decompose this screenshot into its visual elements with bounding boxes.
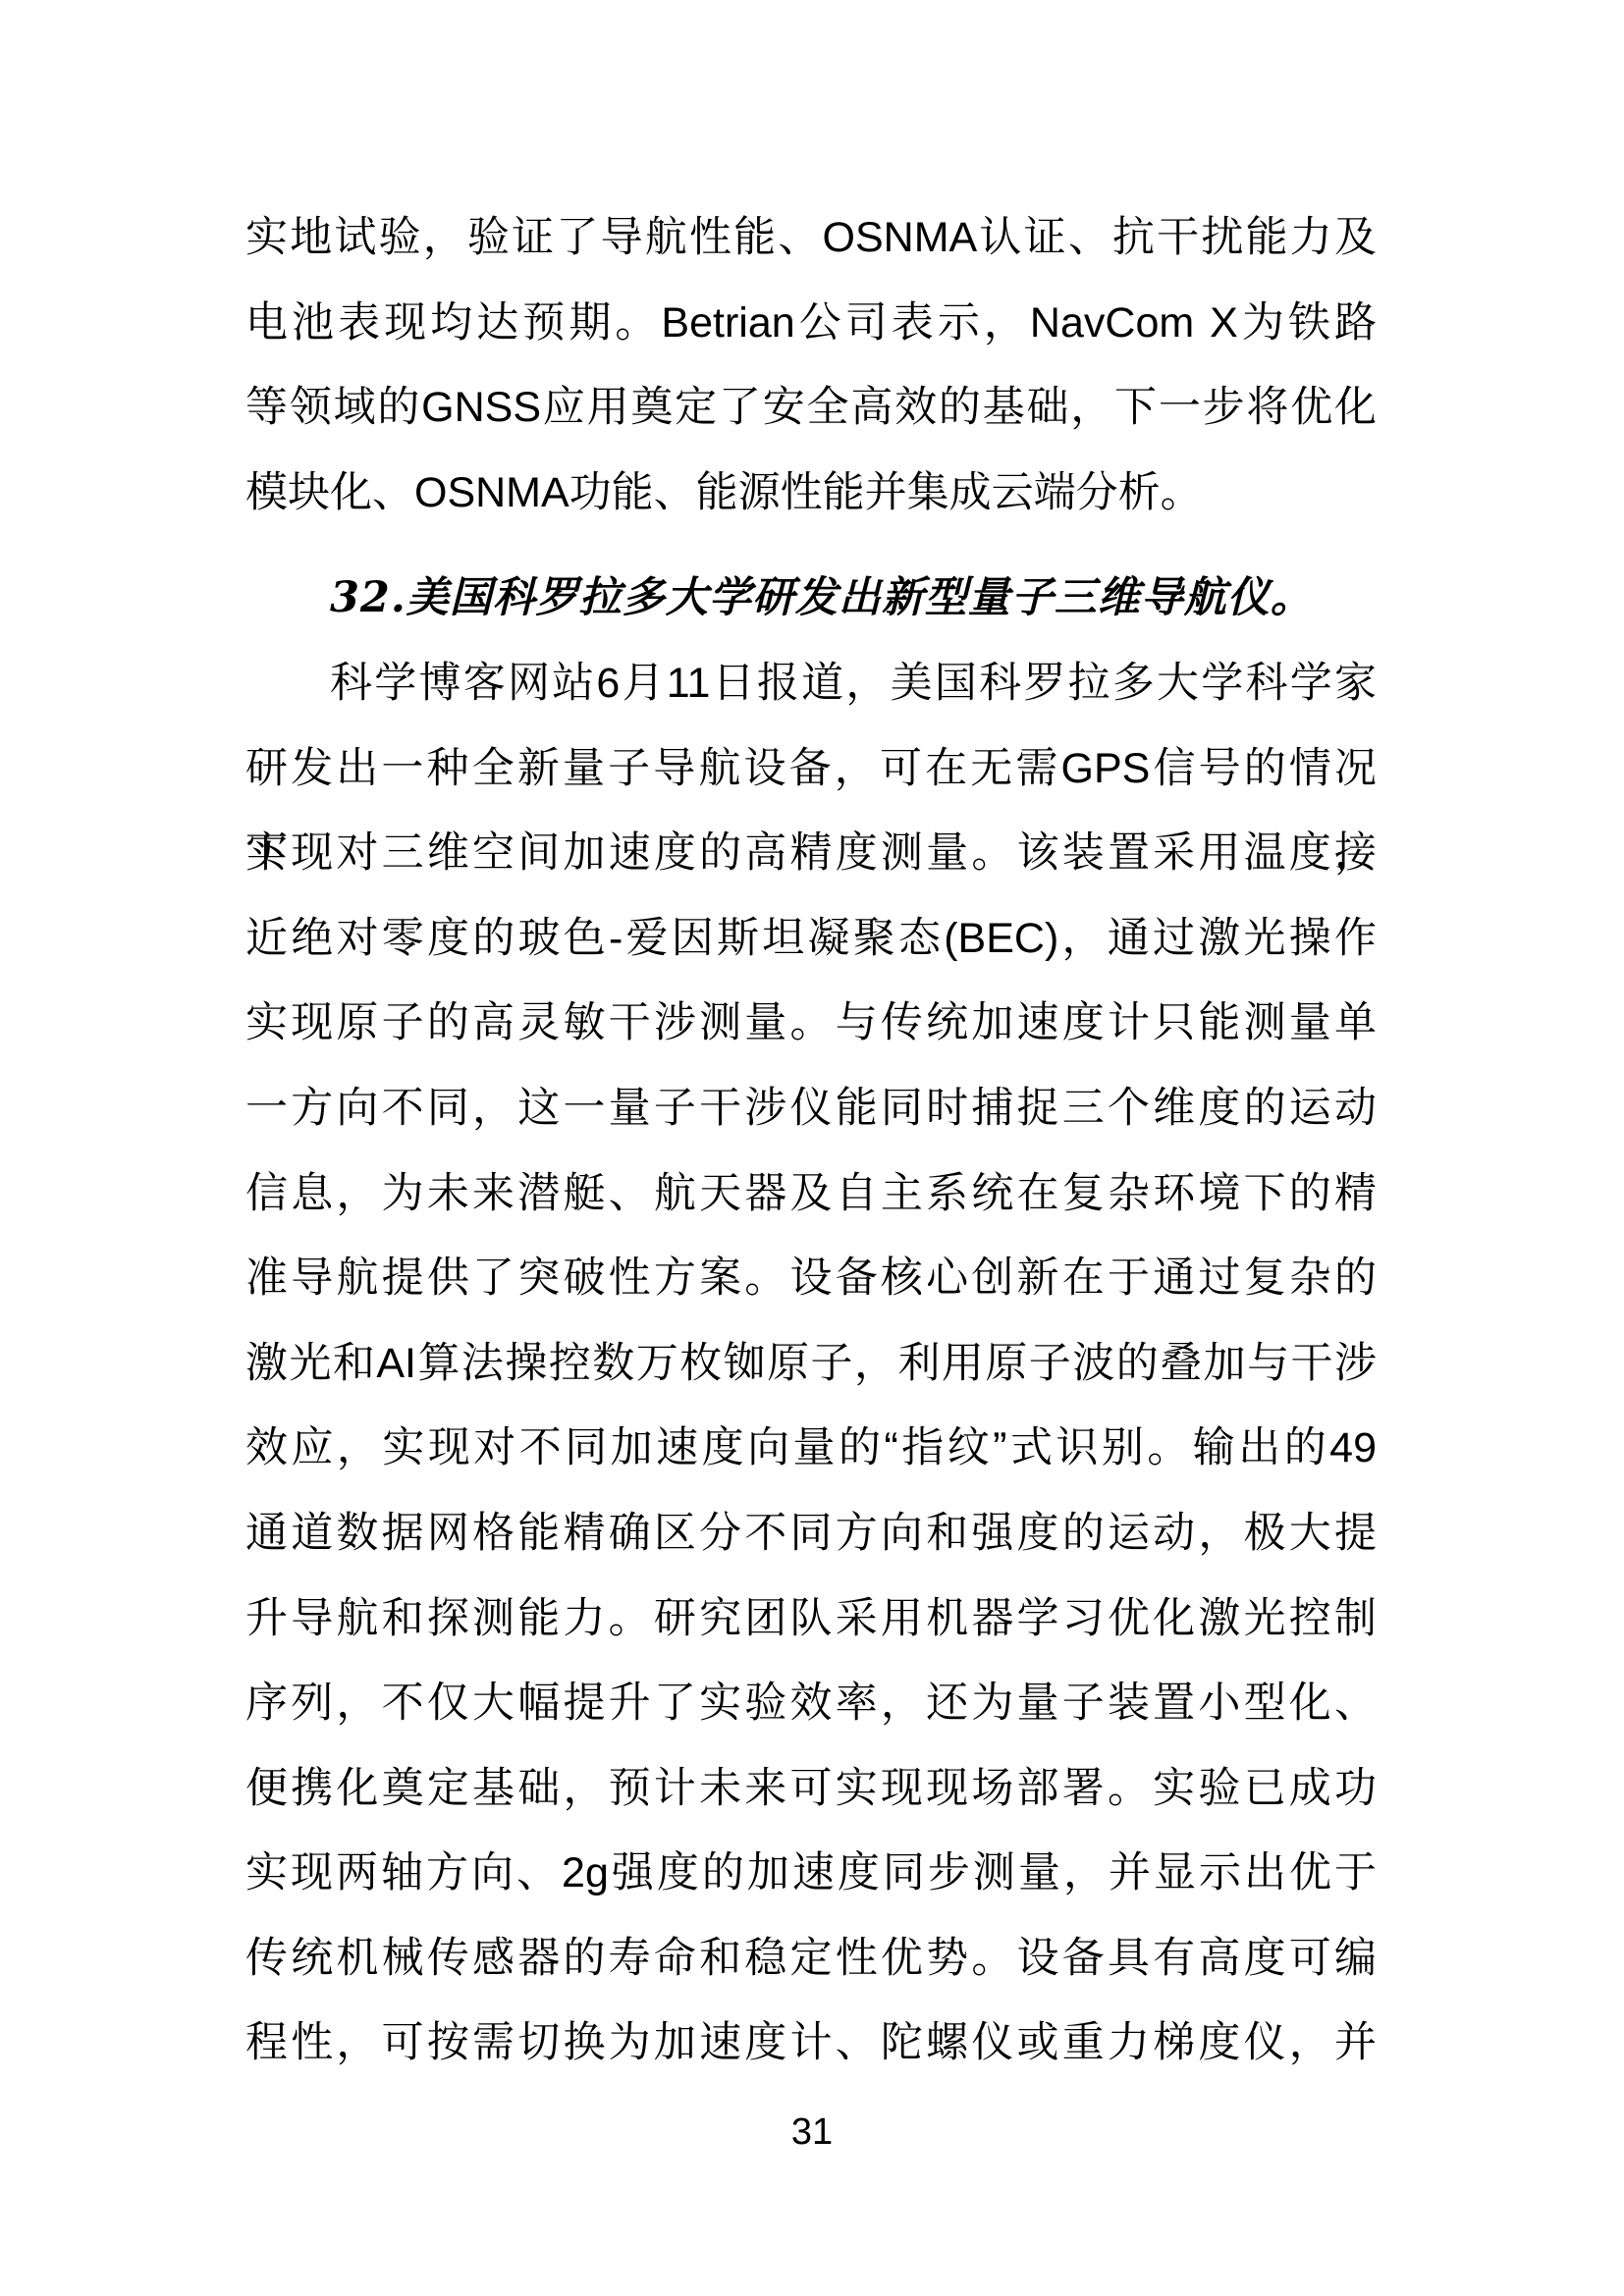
paragraph2-line: 科学博客网站6月11日报道，美国科罗拉多大学科学家 xyxy=(245,641,1377,726)
paragraph2-line: 序列，不仅大幅提升了实验效率，还为量子装置小型化、 xyxy=(245,1661,1377,1746)
paragraph2-line: 通道数据网格能精确区分不同方向和强度的运动，极大提 xyxy=(245,1491,1377,1576)
paragraph2-line: 近绝对零度的玻色-爱因斯坦凝聚态(BEC)，通过激光操作 xyxy=(245,896,1377,982)
paragraph1-line: 电池表现均达预期。Betrian公司表示，NavCom X为铁路 xyxy=(245,281,1377,366)
page-number: 31 xyxy=(0,2112,1624,2152)
paragraph2-line: 实现原子的高灵敏干涉测量。与传统加速度计只能测量单 xyxy=(245,981,1377,1066)
paragraph2-line: 一方向不同，这一量子干涉仪能同时捕捉三个维度的运动 xyxy=(245,1066,1377,1151)
page-body: 实地试验，验证了导航性能、OSNMA认证、抗干扰能力及 电池表现均达预期。Bet… xyxy=(245,195,1377,2086)
paragraph2-line: 程性，可按需切换为加速度计、陀螺仪或重力梯度仪，并 xyxy=(245,2001,1377,2086)
document-page: 实地试验，验证了导航性能、OSNMA认证、抗干扰能力及 电池表现均达预期。Bet… xyxy=(0,0,1624,2296)
paragraph1-line: 等领域的GNSS应用奠定了安全高效的基础，下一步将优化 xyxy=(245,365,1377,451)
paragraph2-line: 信息，为未来潜艇、航天器及自主系统在复杂环境下的精 xyxy=(245,1151,1377,1237)
paragraph2-line: 实现两轴方向、2g强度的加速度同步测量，并显示出优于 xyxy=(245,1831,1377,1916)
section-heading: 32.美国科罗拉多大学研发出新型量子三维导航仪。 xyxy=(245,556,1377,641)
paragraph2-line: 激光和AI算法操控数万枚铷原子，利用原子波的叠加与干涉 xyxy=(245,1321,1377,1407)
paragraph2-line: 升导航和探测能力。研究团队采用机器学习优化激光控制 xyxy=(245,1576,1377,1662)
paragraph1-line: 模块化、OSNMA功能、能源性能并集成云端分析。 xyxy=(245,451,1377,536)
paragraph2-line: 研发出一种全新量子导航设备，可在无需GPS信号的情况下， xyxy=(245,726,1377,812)
paragraph2-line: 实现对三维空间加速度的高精度测量。该装置采用温度接 xyxy=(245,811,1377,896)
paragraph2-line: 传统机械传感器的寿命和稳定性优势。设备具有高度可编 xyxy=(245,1916,1377,2002)
paragraph1-line: 实地试验，验证了导航性能、OSNMA认证、抗干扰能力及 xyxy=(245,195,1377,281)
paragraph2-line: 效应，实现对不同加速度向量的“指纹”式识别。输出的49 xyxy=(245,1406,1377,1491)
paragraph2-line: 便携化奠定基础，预计未来可实现现场部署。实验已成功 xyxy=(245,1746,1377,1832)
paragraph2-line: 准导航提供了突破性方案。设备核心创新在于通过复杂的 xyxy=(245,1236,1377,1321)
